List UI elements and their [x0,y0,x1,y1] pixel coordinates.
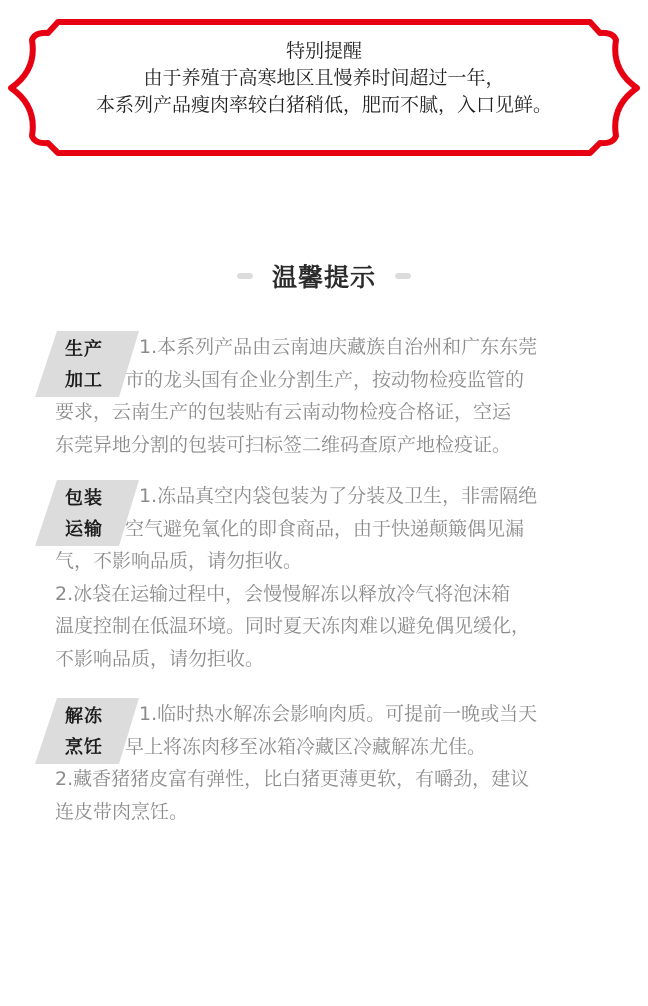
text-line: 2.冰袋在运输过程中，会慢慢解冻以释放冷气将泡沫箱 [55,578,635,611]
text-line: 连皮带肉烹饪。 [55,796,635,829]
special-notice-frame: 特别提醒 由于养殖于高寒地区且慢养时间超过一年， 本系列产品瘦肉率较白猪稍低，肥… [0,0,648,175]
left-dash-ornament-icon [237,272,253,280]
right-dash-ornament-icon [395,272,411,280]
text-line: 温度控制在低温环境。同时夏天冻肉难以避免偶见缓化， [55,610,635,643]
label-line: 加工 [65,365,103,396]
section-label-thawing: 解冻 烹饪 [35,698,139,764]
label-line: 解冻 [65,701,103,732]
text-line: 市的龙头国有企业分割生产，按动物检疫监管的 [55,364,635,397]
tips-heading: 温馨提示 [0,258,648,294]
section-text: 1.冻品真空内袋包装为了分装及卫生，非需隔绝 空气避免氧化的即食商品，由于快递颠… [55,480,635,675]
text-line: 不影响品质，请勿拒收。 [55,643,635,676]
label-line: 生产 [65,334,103,365]
text-line: 要求，云南生产的包装贴有云南动物检疫合格证，空运 [55,396,635,429]
section-text: 1.本系列产品由云南迪庆藏族自治州和广东东莞 市的龙头国有企业分割生产，按动物检… [55,331,635,461]
text-line: 空气避免氧化的即食商品，由于快递颠簸偶见漏 [55,513,635,546]
notice-line: 本系列产品瘦肉率较白猪稍低，肥而不腻，入口见鲜。 [20,92,628,119]
label-line: 烹饪 [65,732,103,763]
tip-section-thawing: 解冻 烹饪 1.临时热水解冻会影响肉质。可提前一晚或当天 早上将冻肉移至冰箱冷藏… [55,698,635,828]
text-line: 早上将冻肉移至冰箱冷藏区冷藏解冻尤佳。 [55,731,635,764]
text-line: 1.冻品真空内袋包装为了分装及卫生，非需隔绝 [55,480,635,513]
label-line: 包装 [65,483,103,514]
text-line: 1.临时热水解冻会影响肉质。可提前一晚或当天 [55,698,635,731]
section-label-packaging: 包装 运输 [35,480,139,546]
text-line: 2.藏香猪猪皮富有弹性，比白猪更薄更软，有嚼劲，建议 [55,763,635,796]
notice-title: 特别提醒 [20,38,628,65]
tip-section-production: 生产 加工 1.本系列产品由云南迪庆藏族自治州和广东东莞 市的龙头国有企业分割生… [55,331,635,461]
text-line: 气，不影响品质，请勿拒收。 [55,545,635,578]
tips-title: 温馨提示 [272,258,376,294]
tip-section-packaging: 包装 运输 1.冻品真空内袋包装为了分装及卫生，非需隔绝 空气避免氧化的即食商品… [55,480,635,675]
section-label-production: 生产 加工 [35,331,139,397]
text-line: 1.本系列产品由云南迪庆藏族自治州和广东东莞 [55,331,635,364]
section-text: 1.临时热水解冻会影响肉质。可提前一晚或当天 早上将冻肉移至冰箱冷藏区冷藏解冻尤… [55,698,635,828]
label-line: 运输 [65,514,103,545]
notice-line: 由于养殖于高寒地区且慢养时间超过一年， [20,65,628,92]
text-line: 东莞异地分割的包装可扫标签二维码查原产地检疫证。 [55,429,635,462]
